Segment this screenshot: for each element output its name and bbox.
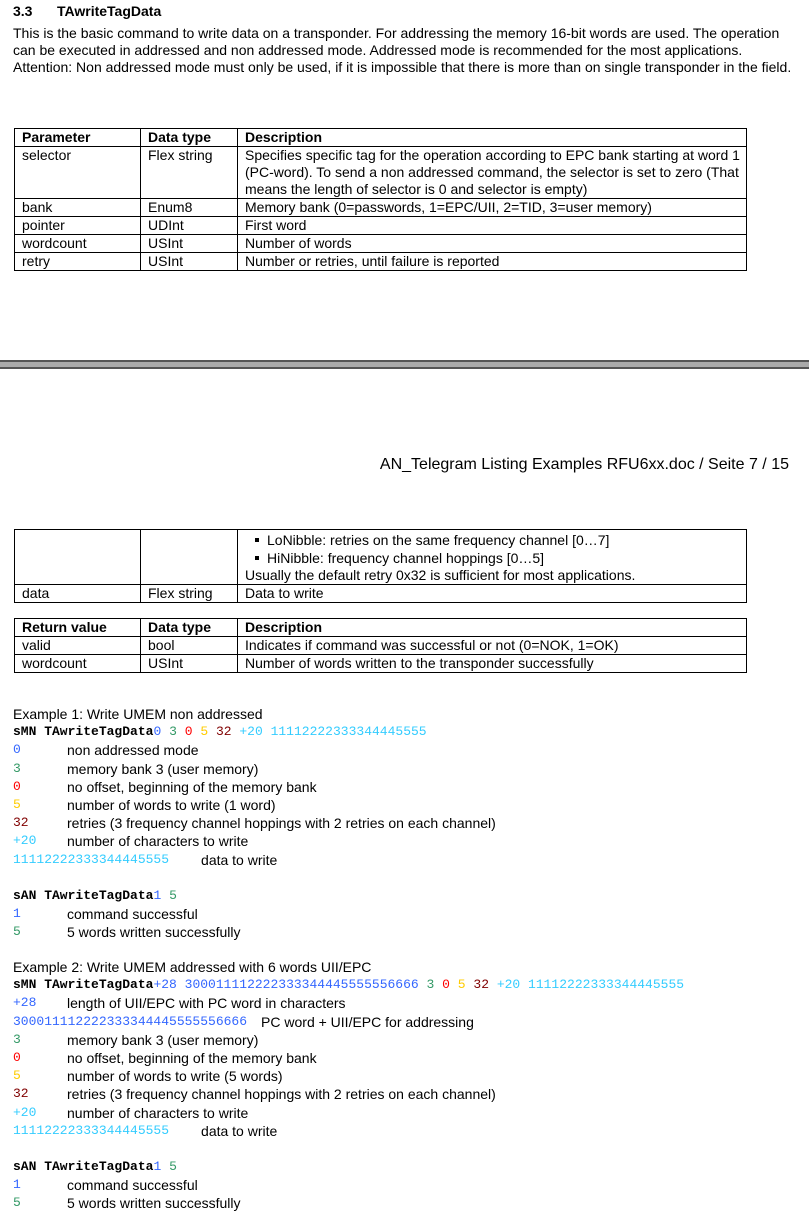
- example-2-answer: sAN TAwriteTagData 1 5: [13, 1158, 684, 1176]
- explain-key: 3: [13, 760, 67, 778]
- section-heading: 3.3TAwriteTagData: [13, 3, 161, 19]
- explain-row: +20number of characters to write: [13, 1104, 684, 1122]
- table-row: selector Flex string Specifies specific …: [15, 147, 747, 199]
- explain-key: 1: [13, 1176, 67, 1194]
- table-row: wordcount USInt Number of words: [15, 235, 747, 253]
- page-footer: AN_Telegram Listing Examples RFU6xx.doc …: [380, 456, 789, 474]
- section-title: TAwriteTagData: [57, 3, 161, 19]
- table-header-row: Parameter Data type Description: [15, 129, 747, 147]
- cell-description: First word: [238, 217, 747, 235]
- example-2-explanation: +28length of UII/EPC with PC word in cha…: [13, 994, 684, 1140]
- header-parameter: Parameter: [15, 129, 141, 147]
- explain-row: 0no offset, beginning of the memory bank: [13, 1049, 684, 1067]
- explain-text: number of words to write (5 words): [67, 1067, 283, 1085]
- explain-row: 11112222333344445555data to write: [13, 1122, 684, 1140]
- explain-row: 11112222333344445555data to write: [13, 851, 496, 869]
- example-1-explanation: 0non addressed mode3memory bank 3 (user …: [13, 741, 496, 868]
- table-row: pointer UDInt First word: [15, 217, 747, 235]
- example-2-command: sMN TAwriteTagData +28 30001111222233334…: [13, 976, 684, 994]
- arg-bank: 3: [169, 724, 177, 739]
- explain-row: 1command successful: [13, 1176, 684, 1194]
- explain-row: 0no offset, beginning of the memory bank: [13, 778, 496, 796]
- arg-bank: 3: [427, 977, 435, 992]
- cell-type: bool: [141, 637, 238, 655]
- explain-key: 5: [13, 923, 67, 941]
- arg-pointer: 0: [442, 977, 450, 992]
- command-prefix: sMN TAwriteTagData: [13, 976, 153, 994]
- arg-wordcount: 5: [200, 724, 208, 739]
- arg-selector: +28: [153, 977, 176, 992]
- explain-key: 11112222333344445555: [13, 1122, 201, 1140]
- explain-text: memory bank 3 (user memory): [67, 760, 258, 778]
- arg-valid: 1: [153, 1159, 161, 1174]
- explain-text: retries (3 frequency channel hoppings wi…: [67, 814, 496, 832]
- explain-key: 11112222333344445555: [13, 851, 201, 869]
- explain-key: +28: [13, 994, 67, 1012]
- example-2: Example 2: Write UMEM addressed with 6 w…: [13, 958, 684, 1212]
- arg-len: +20: [239, 724, 262, 739]
- arg-data: 11112222333344445555: [271, 724, 427, 739]
- retry-note: Usually the default retry 0x32 is suffic…: [245, 567, 740, 584]
- header-return-value: Return value: [15, 619, 141, 637]
- cell-parameter: bank: [15, 199, 141, 217]
- explain-key: 300011112222333344445555556666: [13, 1013, 261, 1031]
- cell-description: Specifies specific tag for the operation…: [238, 147, 747, 199]
- explain-text: PC word + UII/EPC for addressing: [261, 1013, 474, 1031]
- arg-mode: 0: [153, 724, 161, 739]
- arg-wordcount: 5: [458, 977, 466, 992]
- explain-text: data to write: [201, 1122, 277, 1140]
- header-data-type: Data type: [141, 619, 238, 637]
- cell-return: wordcount: [15, 655, 141, 673]
- example-1-answer-explanation: 1command successful55 words written succ…: [13, 905, 496, 941]
- cell-type: Flex string: [141, 147, 238, 199]
- table-row: valid bool Indicates if command was succ…: [15, 637, 747, 655]
- explain-key: 32: [13, 814, 67, 832]
- explain-text: 5 words written successfully: [67, 923, 241, 941]
- cell-type: USInt: [141, 235, 238, 253]
- explain-key: 3: [13, 1031, 67, 1049]
- explain-text: number of characters to write: [67, 1104, 248, 1122]
- parameter-table: Parameter Data type Description selector…: [14, 128, 747, 271]
- cell-type: UDInt: [141, 217, 238, 235]
- explain-text: length of UII/EPC with PC word in charac…: [67, 994, 346, 1012]
- cell-description: Number of words written to the transpond…: [238, 655, 747, 673]
- cell-parameter: data: [15, 585, 141, 603]
- explain-key: 0: [13, 1049, 67, 1067]
- command-args: 0 3 0 5 32 +20 11112222333344445555: [153, 723, 426, 741]
- explain-key: 1: [13, 905, 67, 923]
- explain-text: non addressed mode: [67, 741, 199, 759]
- explain-text: number of characters to write: [67, 832, 248, 850]
- cell-return: valid: [15, 637, 141, 655]
- explain-text: retries (3 frequency channel hoppings wi…: [67, 1085, 496, 1103]
- cell-parameter: pointer: [15, 217, 141, 235]
- attention-paragraph: Attention: Non addressed mode must only …: [13, 59, 798, 76]
- explain-key: +20: [13, 832, 67, 850]
- explain-key: +20: [13, 1104, 67, 1122]
- explain-text: number of words to write (1 word): [67, 796, 276, 814]
- table-row: bank Enum8 Memory bank (0=passwords, 1=E…: [15, 199, 747, 217]
- intro-paragraph: This is the basic command to write data …: [13, 25, 798, 59]
- cell-type: USInt: [141, 655, 238, 673]
- example-1-title: Example 1: Write UMEM non addressed: [13, 705, 496, 723]
- cell-description: LoNibble: retries on the same frequency …: [238, 530, 747, 585]
- explain-row: 300011112222333344445555556666PC word + …: [13, 1013, 684, 1031]
- explain-text: no offset, beginning of the memory bank: [67, 1049, 317, 1067]
- cell-parameter: [15, 530, 141, 585]
- arg-len: +20: [497, 977, 520, 992]
- explain-text: command successful: [67, 1176, 198, 1194]
- cell-parameter: selector: [15, 147, 141, 199]
- command-prefix: sMN TAwriteTagData: [13, 723, 153, 741]
- cell-description: Memory bank (0=passwords, 1=EPC/UII, 2=T…: [238, 199, 747, 217]
- cell-type: Flex string: [141, 585, 238, 603]
- section-number: 3.3: [13, 3, 57, 19]
- explain-row: 1command successful: [13, 905, 496, 923]
- explain-row: +20number of characters to write: [13, 832, 496, 850]
- arg-selector: 300011112222333344445555556666: [185, 977, 419, 992]
- cell-description: Indicates if command was successful or n…: [238, 637, 747, 655]
- arg-ret_wordcount: 5: [169, 1159, 177, 1174]
- example-1-command: sMN TAwriteTagData 0 3 0 5 32 +20 111122…: [13, 723, 496, 741]
- cell-description: Data to write: [238, 585, 747, 603]
- explain-key: 0: [13, 741, 67, 759]
- answer-prefix: sAN TAwriteTagData: [13, 1158, 153, 1176]
- cell-parameter: wordcount: [15, 235, 141, 253]
- answer-prefix: sAN TAwriteTagData: [13, 887, 153, 905]
- explain-row: 5number of words to write (5 words): [13, 1067, 684, 1085]
- explain-row: 32retries (3 frequency channel hoppings …: [13, 814, 496, 832]
- explain-text: memory bank 3 (user memory): [67, 1031, 258, 1049]
- explain-row: 3memory bank 3 (user memory): [13, 760, 496, 778]
- answer-args: 1 5: [153, 887, 176, 905]
- command-args: +28 300011112222333344445555556666 3 0 5…: [153, 976, 684, 994]
- section-intro: This is the basic command to write data …: [13, 25, 798, 76]
- explain-row: 55 words written successfully: [13, 923, 496, 941]
- explain-key: 5: [13, 1194, 67, 1212]
- explain-text: command successful: [67, 905, 198, 923]
- explain-key: 5: [13, 796, 67, 814]
- page-break-separator: [0, 360, 809, 369]
- cell-parameter: retry: [15, 253, 141, 271]
- table-row: wordcount USInt Number of words written …: [15, 655, 747, 673]
- example-2-answer-explanation: 1command successful55 words written succ…: [13, 1176, 684, 1212]
- explain-row: 0non addressed mode: [13, 741, 496, 759]
- header-data-type: Data type: [141, 129, 238, 147]
- example-2-title: Example 2: Write UMEM addressed with 6 w…: [13, 958, 684, 976]
- return-value-table: Return value Data type Description valid…: [14, 618, 747, 673]
- bullet-item: HiNibble: frequency channel hoppings [0……: [255, 549, 740, 567]
- cell-type: Enum8: [141, 199, 238, 217]
- explain-text: no offset, beginning of the memory bank: [67, 778, 317, 796]
- parameter-table-continued: LoNibble: retries on the same frequency …: [14, 529, 747, 603]
- header-description: Description: [238, 129, 747, 147]
- explain-text: 5 words written successfully: [67, 1194, 241, 1212]
- example-1: Example 1: Write UMEM non addressed sMN …: [13, 705, 496, 941]
- answer-args: 1 5: [153, 1158, 176, 1176]
- explain-key: 32: [13, 1085, 67, 1103]
- explain-row: 5number of words to write (1 word): [13, 796, 496, 814]
- arg-valid: 1: [153, 888, 161, 903]
- header-description: Description: [238, 619, 747, 637]
- cell-description: Number or retries, until failure is repo…: [238, 253, 747, 271]
- arg-data: 11112222333344445555: [528, 977, 684, 992]
- arg-retry: 32: [216, 724, 232, 739]
- example-1-answer: sAN TAwriteTagData 1 5: [13, 887, 496, 905]
- table-row: retry USInt Number or retries, until fai…: [15, 253, 747, 271]
- explain-text: data to write: [201, 851, 277, 869]
- arg-ret_wordcount: 5: [169, 888, 177, 903]
- table-row: data Flex string Data to write: [15, 585, 747, 603]
- explain-key: 5: [13, 1067, 67, 1085]
- arg-pointer: 0: [185, 724, 193, 739]
- explain-row: 32retries (3 frequency channel hoppings …: [13, 1085, 684, 1103]
- cell-type: [141, 530, 238, 585]
- table-header-row: Return value Data type Description: [15, 619, 747, 637]
- arg-retry: 32: [473, 977, 489, 992]
- explain-row: +28length of UII/EPC with PC word in cha…: [13, 994, 684, 1012]
- retry-bullet-list: LoNibble: retries on the same frequency …: [245, 531, 740, 567]
- explain-row: 55 words written successfully: [13, 1194, 684, 1212]
- bullet-item: LoNibble: retries on the same frequency …: [255, 531, 740, 549]
- explain-key: 0: [13, 778, 67, 796]
- cell-description: Number of words: [238, 235, 747, 253]
- explain-row: 3memory bank 3 (user memory): [13, 1031, 684, 1049]
- table-row: LoNibble: retries on the same frequency …: [15, 530, 747, 585]
- cell-type: USInt: [141, 253, 238, 271]
